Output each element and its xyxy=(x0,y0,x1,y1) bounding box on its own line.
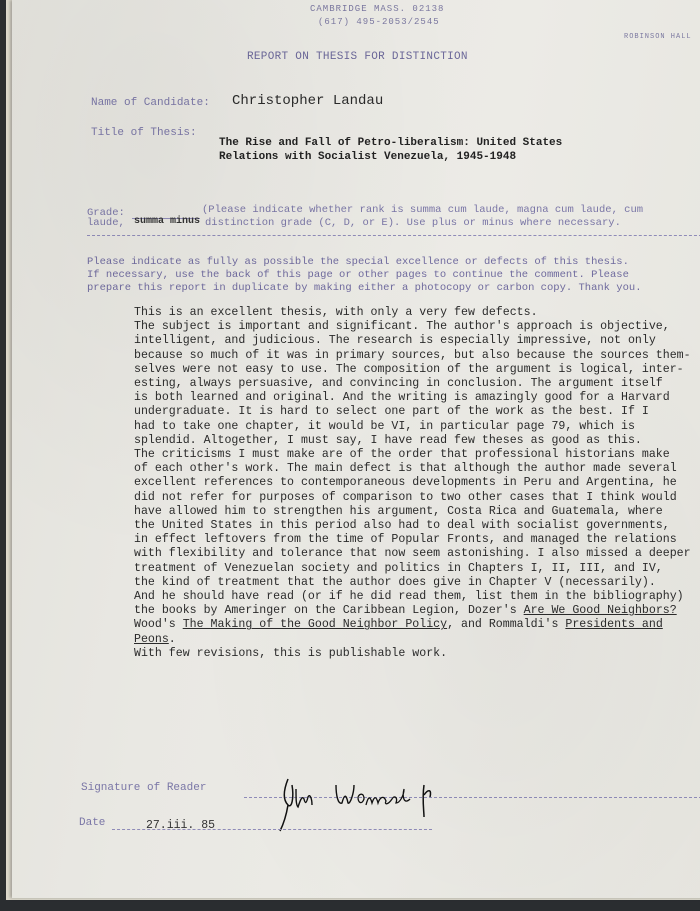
handwritten-signature-icon xyxy=(274,775,444,835)
grade-value: summa minus xyxy=(134,216,200,227)
comment-text: . xyxy=(169,633,176,646)
letterhead-phone: (617) 495-2053/2545 xyxy=(318,17,440,27)
book-title-peons: Peons xyxy=(134,633,169,646)
date-label: Date xyxy=(79,817,105,829)
thesis-title-line-1: The Rise and Fall of Petro-liberalism: U… xyxy=(219,136,562,150)
thesis-title-label: Title of Thesis: xyxy=(91,127,197,139)
comment-text: Wood's xyxy=(134,618,183,631)
comment-line: And he should have read (or if he did re… xyxy=(134,590,691,604)
grade-instructions-2-prefix: laude, xyxy=(87,217,125,230)
book-title-making-good-neighbor: The Making of the Good Neighbor Policy xyxy=(183,618,447,631)
comment-line: selves were not easy to use. The composi… xyxy=(134,363,691,377)
instructions-line-1: Please indicate as fully as possible the… xyxy=(87,256,629,269)
comment-line: because so much of it was in primary sou… xyxy=(134,349,691,363)
instructions-line-2: If necessary, use the back of this page … xyxy=(87,269,629,282)
comment-line: splendid. Altogether, I must say, I have… xyxy=(134,434,691,448)
comment-line: the kind of treatment that the author do… xyxy=(134,576,691,590)
comment-line: have allowed him to strengthen his argum… xyxy=(134,505,691,519)
candidate-label: Name of Candidate: xyxy=(91,97,210,109)
comment-line-books-3: Peons. xyxy=(134,633,691,647)
comment-line: intelligent, and judicious. The research… xyxy=(134,334,691,348)
comment-line: treatment of Venezuelan society and poli… xyxy=(134,562,691,576)
candidate-name: Christopher Landau xyxy=(232,93,383,109)
report-title: REPORT ON THESIS FOR DISTINCTION xyxy=(247,51,468,63)
comment-line: did not refer for purposes of comparison… xyxy=(134,491,691,505)
grade-divider xyxy=(87,235,700,236)
comment-line: had to take one chapter, it would be VI,… xyxy=(134,420,691,434)
comments-body: This is an excellent thesis, with only a… xyxy=(134,306,691,661)
grade-instructions-2-suffix: distinction grade (C, D, or E). Use plus… xyxy=(205,217,621,230)
book-title-presidents-peons: Presidents and xyxy=(565,618,662,631)
comment-text: the books by Ameringer on the Caribbean … xyxy=(134,604,524,617)
comment-line: esting, always persuasive, and convincin… xyxy=(134,377,691,391)
comment-line: undergraduate. It is hard to select one … xyxy=(134,405,691,419)
signature-label: Signature of Reader xyxy=(81,782,206,794)
letterhead-address: CAMBRIDGE MASS. 02138 xyxy=(310,4,444,14)
comment-line: This is an excellent thesis, with only a… xyxy=(134,306,691,320)
comment-line: The criticisms I must make are of the or… xyxy=(134,448,691,462)
instructions-line-3: prepare this report in duplicate by maki… xyxy=(87,282,642,295)
letterhead-building: ROBINSON HALL xyxy=(624,33,692,41)
comment-line: The subject is important and significant… xyxy=(134,320,691,334)
comment-line: with flexibility and tolerance that now … xyxy=(134,547,691,561)
thesis-title-line-2: Relations with Socialist Venezuela, 1945… xyxy=(219,150,516,164)
grade-instructions-1: (Please indicate whether rank is summa c… xyxy=(202,204,643,217)
comment-closing: With few revisions, this is publishable … xyxy=(134,647,691,661)
comment-line: excellent references to contemporaneous … xyxy=(134,476,691,490)
comment-line-books-2: Wood's The Making of the Good Neighbor P… xyxy=(134,618,691,632)
comment-text: , and Rommaldi's xyxy=(447,618,565,631)
comment-line: in effect leftovers from the time of Pop… xyxy=(134,533,691,547)
comment-line: is both learned and original. And the wr… xyxy=(134,391,691,405)
comment-line: of each other's work. The main defect is… xyxy=(134,462,691,476)
thesis-report-page: CAMBRIDGE MASS. 02138 (617) 495-2053/254… xyxy=(12,0,700,898)
comment-line-books-1: the books by Ameringer on the Caribbean … xyxy=(134,604,691,618)
book-title-good-neighbors: Are We Good Neighbors? xyxy=(524,604,677,617)
comment-line: the United States in this period also ha… xyxy=(134,519,691,533)
date-value: 27.iii. 85 xyxy=(146,819,215,832)
